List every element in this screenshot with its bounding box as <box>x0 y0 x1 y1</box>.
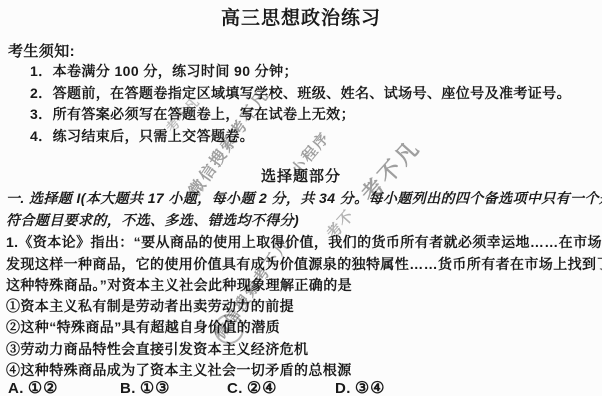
option-a-value: ①② <box>28 380 59 396</box>
option-b-label: B. <box>120 380 136 396</box>
question1-statement-1: ①资本主义私有制是劳动者出卖劳动力的前提 <box>6 296 294 316</box>
question1-statement-3: ③劳动力商品特性会直接引发资本主义经济危机 <box>6 339 308 359</box>
notice-item-4: 4．练习结束后，只需上交答题卷。 <box>30 126 254 146</box>
option-b: B.①③ <box>120 378 171 396</box>
question1-statement-2: ②这种“特殊商品”具有超越自身价值的潜质 <box>6 317 280 337</box>
option-d: D.③④ <box>335 378 386 396</box>
exam-title: 高三思想政治练习 <box>0 3 602 30</box>
option-c-label: C. <box>227 380 243 396</box>
option-c-value: ②④ <box>247 380 278 396</box>
option-b-value: ①③ <box>140 380 171 396</box>
question1-stem-line-3: 这种特殊商品。”对资本主义社会此种现象理解正确的是 <box>6 275 352 295</box>
option-a: A.①② <box>8 378 59 396</box>
option-a-label: A. <box>8 380 24 396</box>
option-d-label: D. <box>335 380 351 396</box>
option-c: C.②④ <box>227 378 278 396</box>
notice-item-1: 1．本卷满分 100 分，练习时间 90 分钟； <box>30 61 298 81</box>
part1-heading-line-2: 符合题目要求的，不选、多选、错选均不得分) <box>6 210 299 230</box>
question1-statement-4: ④这种特殊商品成为了资本主义社会一切矛盾的总根源 <box>6 360 352 380</box>
notice-heading: 考生须知: <box>8 40 75 61</box>
question1-stem-line-1: 1.《资本论》指出：“要从商品的使用上取得价值，我们的货币所有者就必须幸运地……… <box>6 232 602 252</box>
option-d-value: ③④ <box>355 380 386 396</box>
question1-stem-line-2: 发现这样一种商品，它的使用价值具有成为价值源泉的独特属性……货币所有者在市场上找… <box>6 254 602 274</box>
exam-paper-page: 高三思想政治练习 考生须知: 1．本卷满分 100 分，练习时间 90 分钟； … <box>0 0 602 396</box>
section-title: 选择题部分 <box>0 165 602 186</box>
notice-item-2: 2．答题前，在答题卷指定区域填写学校、班级、姓名、试场号、座位号及准考证号。 <box>30 83 571 103</box>
part1-heading-line-1: 一. 选择题 I(本大题共 17 小题，每小题 2 分，共 34 分。每小题列出… <box>6 188 602 208</box>
notice-item-3: 3．所有答案必须写在答题卷上，写在试卷上无效； <box>30 104 355 124</box>
